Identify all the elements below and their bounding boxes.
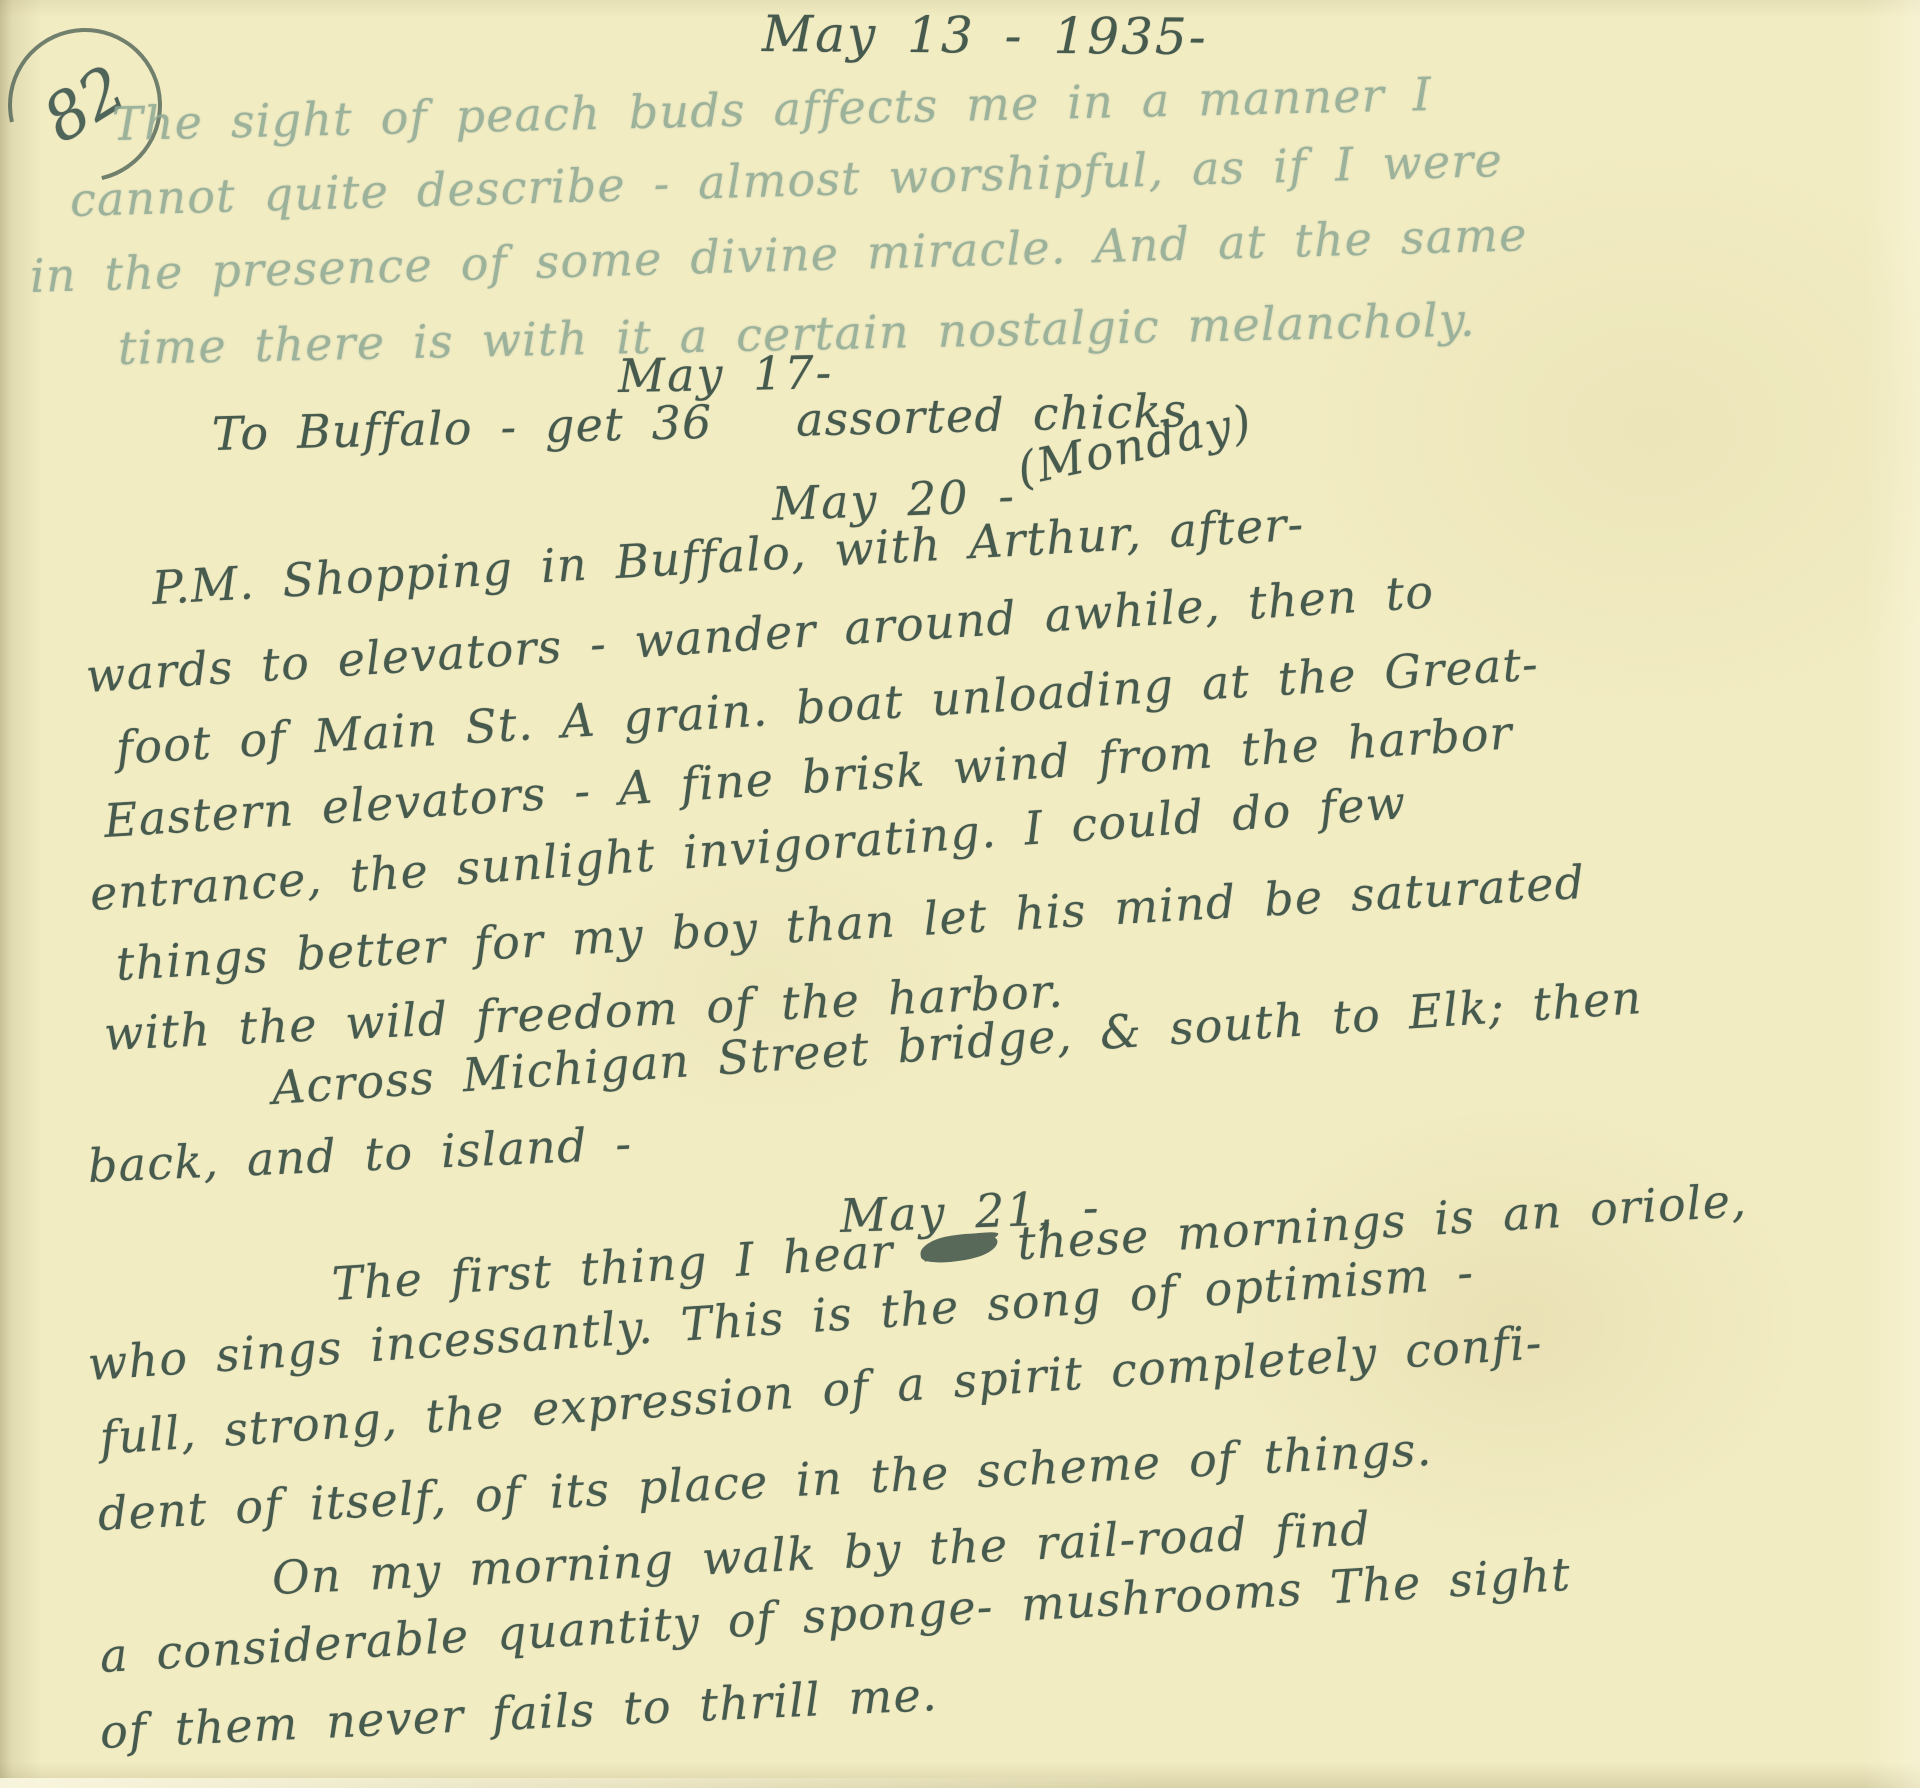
handwritten-line: back, and to island - xyxy=(87,1119,633,1190)
handwritten-line: of them never fails to thrill me. xyxy=(99,1670,939,1756)
handwritten-line: The sight of peach buds affects me in a … xyxy=(111,70,1432,148)
journal-page: 82 May 13 - 1935- The sight of peach bud… xyxy=(0,0,1920,1788)
handwritten-line: in the presence of some divine miracle. … xyxy=(29,210,1528,300)
scribble-mark xyxy=(918,1229,999,1266)
entry-date-may13: May 13 - 1935- xyxy=(762,8,1208,64)
handwritten-line: cannot quite describe - almost worshipfu… xyxy=(69,136,1503,224)
